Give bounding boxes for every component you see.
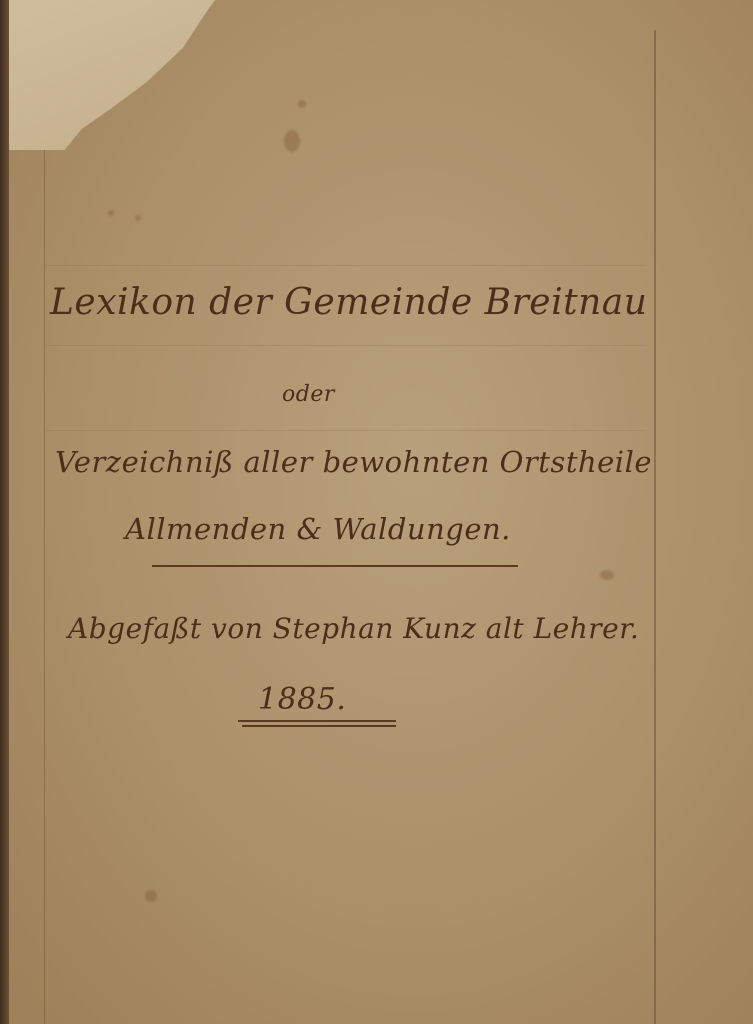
conjunction-line: oder [282, 382, 335, 407]
torn-corner [0, 0, 215, 150]
right-margin-line [654, 30, 656, 1024]
year-underline-1 [238, 720, 396, 722]
stain [600, 570, 614, 580]
author-line: Abgefaßt von Stephan Kunz alt Lehrer. [68, 612, 639, 645]
stain [145, 890, 157, 902]
stain [298, 100, 306, 108]
ruled-line [45, 265, 645, 266]
subtitle-line-2: Allmenden & Waldungen. [125, 512, 511, 546]
stain [135, 215, 141, 221]
year-line: 1885. [258, 682, 346, 717]
binding-spine [0, 0, 9, 1024]
divider-rule [152, 565, 518, 567]
ruled-line [45, 430, 645, 431]
stain [108, 210, 114, 216]
title-line: Lexikon der Gemeinde Breitnau [50, 282, 647, 323]
year-underline-2 [242, 725, 396, 727]
stain [284, 130, 300, 152]
fold-line [44, 150, 45, 1024]
document-page: Lexikon der Gemeinde Breitnau oder Verze… [0, 0, 753, 1024]
subtitle-line-1: Verzeichniß aller bewohnten Ortstheile [55, 445, 652, 479]
ruled-line [45, 345, 645, 346]
